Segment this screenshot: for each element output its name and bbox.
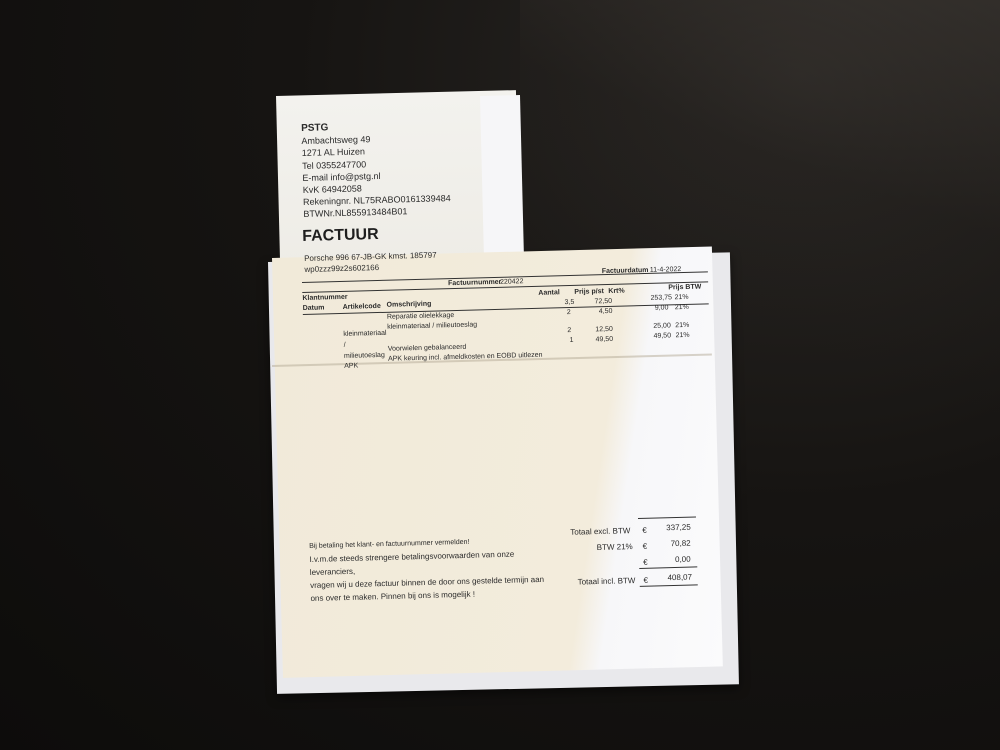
col-aantal: Aantal bbox=[538, 289, 560, 297]
invoice-number-label: Factuurnummer bbox=[448, 279, 501, 287]
currency-symbol: € bbox=[643, 542, 648, 551]
col-datum: Datum bbox=[303, 304, 325, 312]
row-2-totaal: 9,00 bbox=[655, 304, 669, 311]
company-block: PSTG Ambachtsweg 49 1271 AL Huizen Tel 0… bbox=[301, 119, 451, 220]
row-1-totaal: 253,75 bbox=[650, 294, 672, 302]
col-krt: Krt% bbox=[608, 288, 625, 295]
document-title: FACTUUR bbox=[302, 226, 379, 246]
row-4-prijs: 49,50 bbox=[596, 336, 614, 343]
row-1-btw: 21% bbox=[674, 294, 688, 301]
col-prijs: Prijs p/st bbox=[574, 288, 604, 296]
row-4-aantal: 1 bbox=[570, 337, 574, 344]
row-2-artikelcode: kleinmateriaal / milieutoeslag bbox=[343, 328, 384, 362]
col-omschrijving: Omschrijving bbox=[387, 301, 432, 309]
row-4-btw: 21% bbox=[675, 332, 689, 339]
row-2-aantal: 2 bbox=[567, 309, 571, 316]
row-3-btw: 21% bbox=[675, 322, 689, 329]
currency-symbol: € bbox=[643, 576, 648, 585]
row-4-totaal: 49,50 bbox=[653, 332, 671, 339]
row-3-aantal: 2 bbox=[567, 327, 571, 334]
row-3-totaal: 25,00 bbox=[653, 322, 671, 329]
currency-symbol: € bbox=[643, 558, 648, 567]
row-3-prijs: 12,50 bbox=[595, 326, 613, 333]
vehicle-block: Porsche 996 67-JB-GK kmst. 185797 wp0zzz… bbox=[304, 250, 437, 275]
total-incl-value: 408,07 bbox=[667, 573, 692, 583]
total-excl-value: 337,25 bbox=[666, 523, 691, 533]
btw-value: 70,82 bbox=[671, 539, 691, 549]
col-klantnummer: Klantnummer bbox=[302, 294, 347, 302]
invoice-date: 11-4-2022 bbox=[650, 266, 682, 274]
invoice-number: 220422 bbox=[500, 278, 524, 286]
total-incl-label: Totaal incl. BTW bbox=[578, 576, 636, 587]
total-excl-label: Totaal excl. BTW bbox=[570, 526, 630, 537]
row-2-prijs: 4,50 bbox=[599, 308, 613, 315]
row-2-btw: 21% bbox=[675, 304, 689, 311]
payment-note: Bij betaling het klant- en factuurnummer… bbox=[309, 534, 545, 605]
other-value: 0,00 bbox=[675, 555, 691, 564]
paper-edge bbox=[480, 95, 524, 276]
col-prijs-btw: Prijs BTW bbox=[668, 284, 701, 292]
currency-symbol: € bbox=[642, 526, 647, 535]
col-artikelcode: Artikelcode bbox=[343, 303, 381, 311]
row-1-prijs: 72,50 bbox=[595, 298, 613, 305]
row-1-aantal: 3,5 bbox=[565, 299, 575, 306]
btw-label: BTW 21% bbox=[597, 542, 633, 552]
invoice-date-label: Factuurdatum bbox=[602, 267, 649, 275]
row-4-artikelcode: APK bbox=[344, 363, 358, 370]
